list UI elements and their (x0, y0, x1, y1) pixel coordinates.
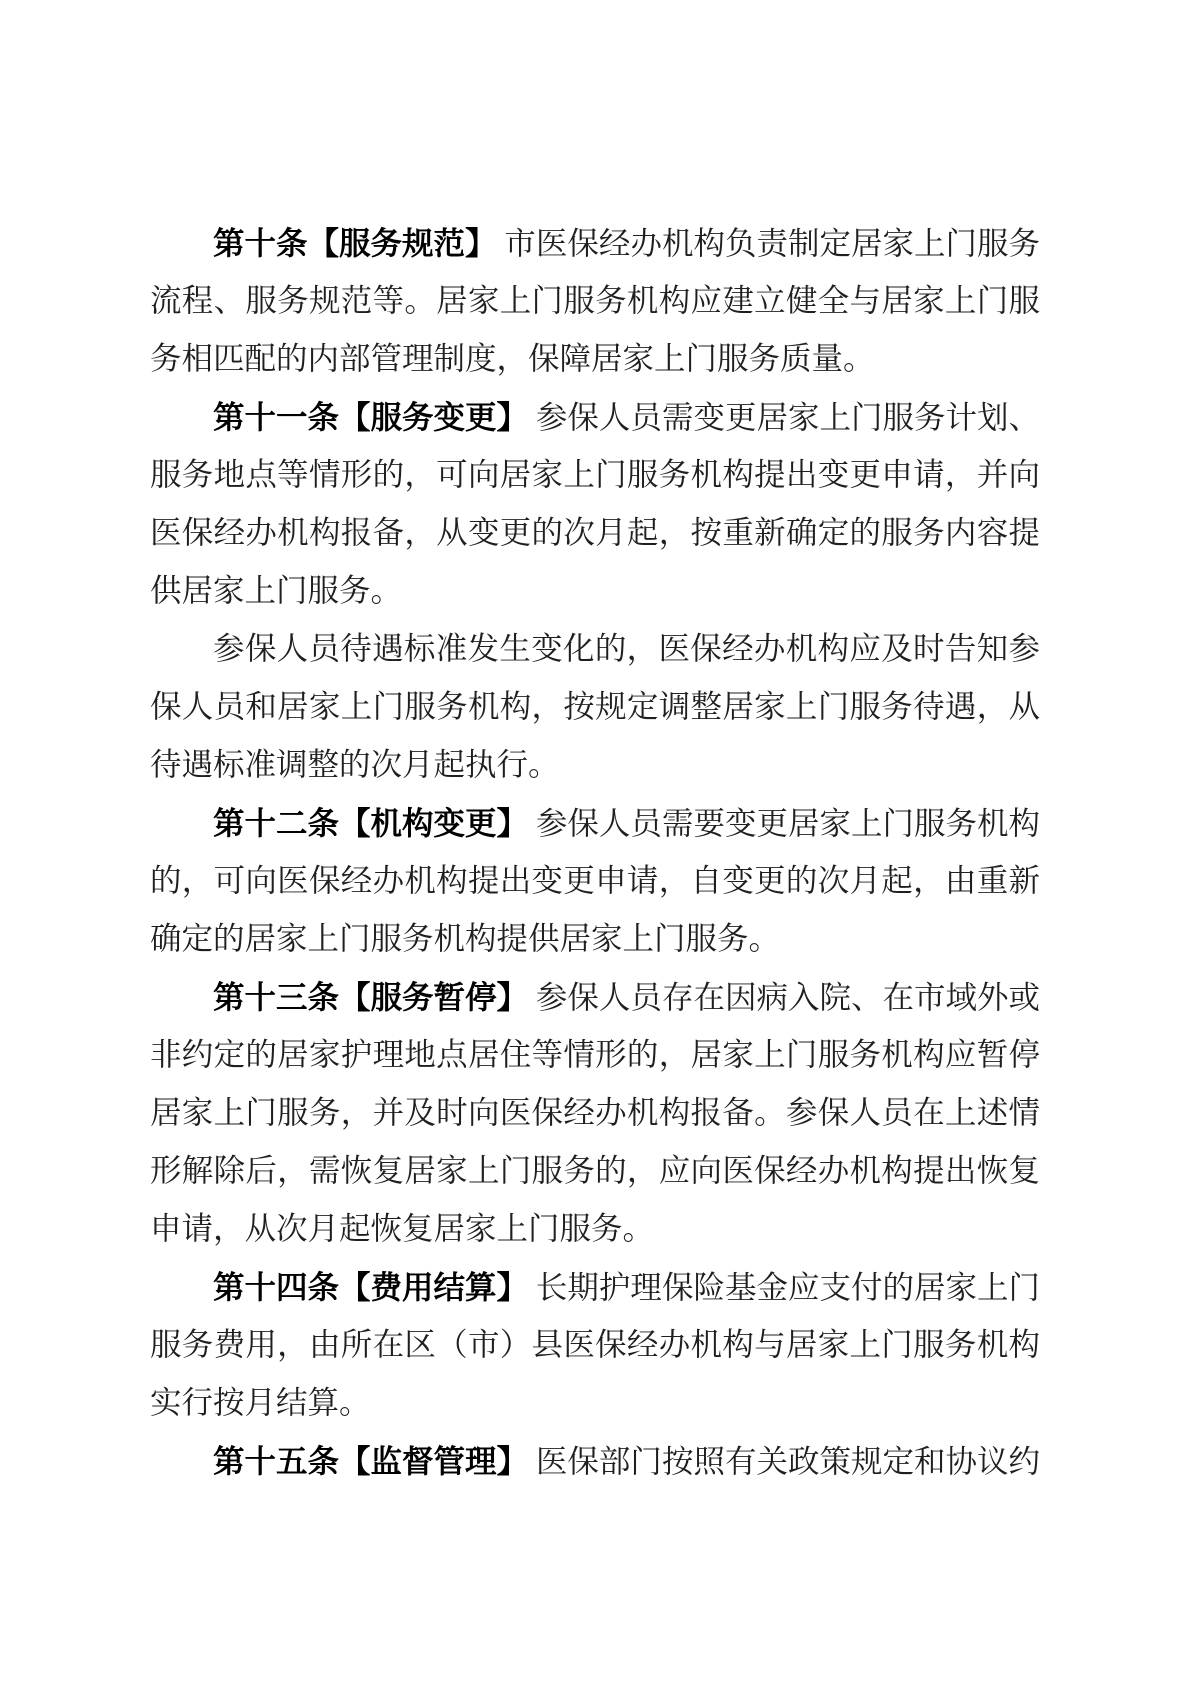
text-line: 服务费用，由所在区（市）县医保经办机构与居家上门服务机构 (150, 1316, 1040, 1374)
line-text: 形解除后，需恢复居家上门服务的，应向医保经办机构提出恢复 (150, 1153, 1040, 1188)
text-line: 非约定的居家护理地点居住等情形的，居家上门服务机构应暂停 (150, 1026, 1040, 1084)
line-text: 实行按月结算。 (150, 1385, 371, 1420)
text-line: 第十条【服务规范】 市医保经办机构负责制定居家上门服务 (150, 214, 1040, 272)
line-text: 居家上门服务，并及时向医保经办机构报备。参保人员在上述情 (150, 1095, 1040, 1130)
article-heading: 第十五条【监督管理】 (213, 1443, 528, 1479)
text-line: 第十二条【机构变更】 参保人员需要变更居家上门服务机构 (150, 794, 1040, 852)
text-line: 居家上门服务，并及时向医保经办机构报备。参保人员在上述情 (150, 1084, 1040, 1142)
line-text: 待遇标准调整的次月起执行。 (150, 747, 560, 782)
line-text: 参保人员需变更居家上门服务计划、 (528, 400, 1040, 435)
text-line: 务相匹配的内部管理制度，保障居家上门服务质量。 (150, 330, 1040, 388)
line-text: 务相匹配的内部管理制度，保障居家上门服务质量。 (150, 341, 875, 376)
article-heading: 第十三条【服务暂停】 (213, 979, 528, 1015)
text-line: 医保经办机构报备，从变更的次月起，按重新确定的服务内容提 (150, 504, 1040, 562)
line-text: 的，可向医保经办机构提出变更申请，自变更的次月起，由重新 (150, 863, 1040, 898)
document-body: 第十条【服务规范】 市医保经办机构负责制定居家上门服务流程、服务规范等。居家上门… (150, 214, 1040, 1490)
text-line: 服务地点等情形的，可向居家上门服务机构提出变更申请，并向 (150, 446, 1040, 504)
text-line: 保人员和居家上门服务机构，按规定调整居家上门服务待遇，从 (150, 678, 1040, 736)
paragraph: 第十二条【机构变更】 参保人员需要变更居家上门服务机构的，可向医保经办机构提出变… (150, 794, 1040, 968)
paragraph: 第十三条【服务暂停】 参保人员存在因病入院、在市域外或非约定的居家护理地点居住等… (150, 968, 1040, 1258)
line-text: 参保人员需要变更居家上门服务机构 (528, 806, 1040, 841)
line-text: 确定的居家上门服务机构提供居家上门服务。 (150, 921, 780, 956)
line-text: 参保人员待遇标准发生变化的，医保经办机构应及时告知参 (213, 631, 1040, 666)
line-text: 服务地点等情形的，可向居家上门服务机构提出变更申请，并向 (150, 457, 1040, 492)
paragraph: 第十五条【监督管理】 医保部门按照有关政策规定和协议约 (150, 1432, 1040, 1490)
text-line: 第十四条【费用结算】 长期护理保险基金应支付的居家上门 (150, 1258, 1040, 1316)
line-text: 参保人员存在因病入院、在市域外或 (528, 980, 1040, 1015)
line-text: 医保经办机构报备，从变更的次月起，按重新确定的服务内容提 (150, 515, 1040, 550)
line-text: 申请，从次月起恢复居家上门服务。 (150, 1211, 654, 1246)
text-line: 第十五条【监督管理】 医保部门按照有关政策规定和协议约 (150, 1432, 1040, 1490)
line-text: 长期护理保险基金应支付的居家上门 (528, 1270, 1040, 1305)
line-text: 流程、服务规范等。居家上门服务机构应建立健全与居家上门服 (150, 283, 1040, 318)
text-line: 第十一条【服务变更】 参保人员需变更居家上门服务计划、 (150, 388, 1040, 446)
text-line: 实行按月结算。 (150, 1374, 1040, 1432)
article-heading: 第十条【服务规范】 (213, 225, 497, 261)
paragraph: 第十一条【服务变更】 参保人员需变更居家上门服务计划、服务地点等情形的，可向居家… (150, 388, 1040, 620)
document-page: 第十条【服务规范】 市医保经办机构负责制定居家上门服务流程、服务规范等。居家上门… (0, 0, 1190, 1683)
article-heading: 第十二条【机构变更】 (213, 805, 528, 841)
paragraph: 参保人员待遇标准发生变化的，医保经办机构应及时告知参保人员和居家上门服务机构，按… (150, 620, 1040, 794)
paragraph: 第十四条【费用结算】 长期护理保险基金应支付的居家上门服务费用，由所在区（市）县… (150, 1258, 1040, 1432)
text-line: 第十三条【服务暂停】 参保人员存在因病入院、在市域外或 (150, 968, 1040, 1026)
line-text: 市医保经办机构负责制定居家上门服务 (497, 226, 1040, 261)
article-heading: 第十一条【服务变更】 (213, 399, 528, 435)
text-line: 确定的居家上门服务机构提供居家上门服务。 (150, 910, 1040, 968)
line-text: 供居家上门服务。 (150, 573, 402, 608)
text-line: 申请，从次月起恢复居家上门服务。 (150, 1200, 1040, 1258)
paragraph: 第十条【服务规范】 市医保经办机构负责制定居家上门服务流程、服务规范等。居家上门… (150, 214, 1040, 388)
line-text: 服务费用，由所在区（市）县医保经办机构与居家上门服务机构 (150, 1327, 1040, 1362)
text-line: 流程、服务规范等。居家上门服务机构应建立健全与居家上门服 (150, 272, 1040, 330)
text-line: 待遇标准调整的次月起执行。 (150, 736, 1040, 794)
line-text: 非约定的居家护理地点居住等情形的，居家上门服务机构应暂停 (150, 1037, 1040, 1072)
text-line: 供居家上门服务。 (150, 562, 1040, 620)
text-line: 形解除后，需恢复居家上门服务的，应向医保经办机构提出恢复 (150, 1142, 1040, 1200)
text-line: 的，可向医保经办机构提出变更申请，自变更的次月起，由重新 (150, 852, 1040, 910)
text-line: 参保人员待遇标准发生变化的，医保经办机构应及时告知参 (150, 620, 1040, 678)
line-text: 保人员和居家上门服务机构，按规定调整居家上门服务待遇，从 (150, 689, 1040, 724)
line-text: 医保部门按照有关政策规定和协议约 (528, 1444, 1040, 1479)
article-heading: 第十四条【费用结算】 (213, 1269, 528, 1305)
